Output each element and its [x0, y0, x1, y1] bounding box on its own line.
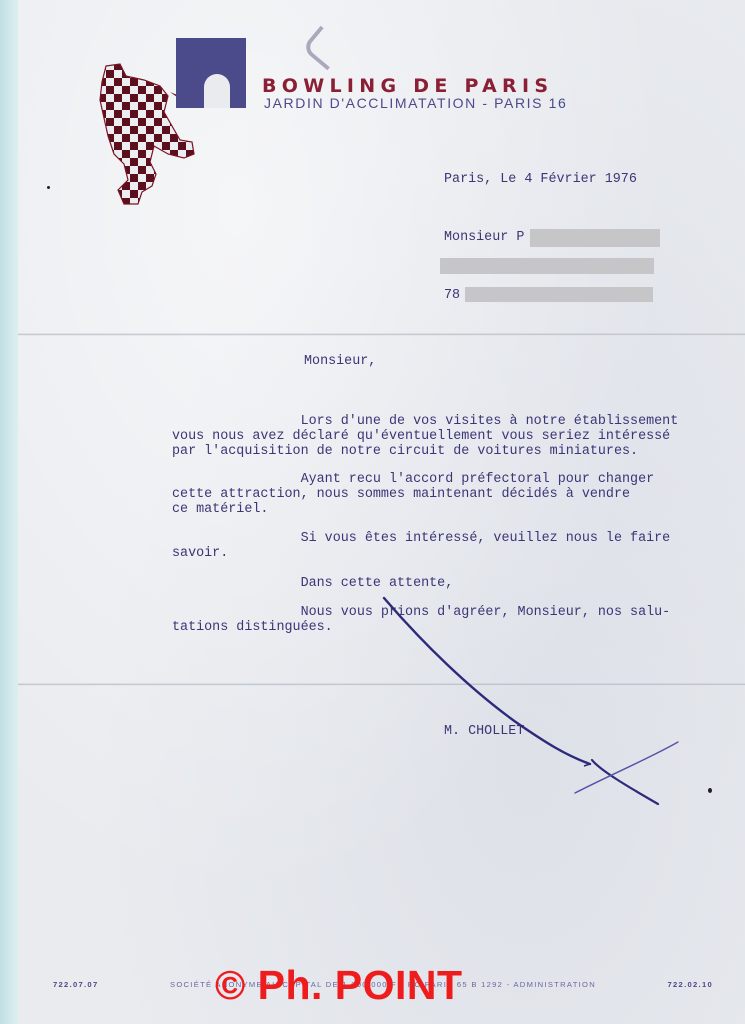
footer-phone-left: 722.07.07: [53, 980, 98, 989]
ink-dot: [47, 186, 50, 189]
letter-date: Paris, Le 4 Février 1976: [444, 172, 637, 187]
paper-fold-line: [18, 683, 745, 686]
arch-icon: [176, 38, 246, 108]
ink-dot: [708, 788, 712, 793]
scan-edge: [0, 0, 18, 1024]
redaction-bar: [530, 229, 660, 247]
redaction-bar: [440, 258, 654, 274]
company-address: JARDIN D'ACCLIMATATION - PARIS 16: [264, 95, 567, 111]
body-paragraph: Lors d'une de vos visites à notre établi…: [172, 414, 678, 459]
redaction-bar: [465, 287, 653, 302]
body-paragraph: Si vous êtes intéressé, veuillez nous le…: [172, 531, 670, 561]
signatory-name: M. CHOLLET: [444, 724, 524, 739]
company-name: BOWLING DE PARIS: [262, 75, 553, 97]
paper-fold-line: [18, 333, 745, 336]
recipient-postcode: 78: [444, 288, 460, 303]
footer-phone-right: 722.02.10: [668, 980, 713, 989]
body-paragraph: Ayant recu l'accord préfectoral pour cha…: [172, 472, 654, 517]
recipient-name: Monsieur P: [444, 230, 524, 245]
body-paragraph: Dans cette attente,: [172, 576, 453, 591]
copyright-watermark: © Ph. POINT: [215, 962, 463, 1009]
closing-paragraph: Nous vous prions d'agréer, Monsieur, nos…: [172, 605, 670, 635]
salutation: Monsieur,: [304, 354, 376, 369]
